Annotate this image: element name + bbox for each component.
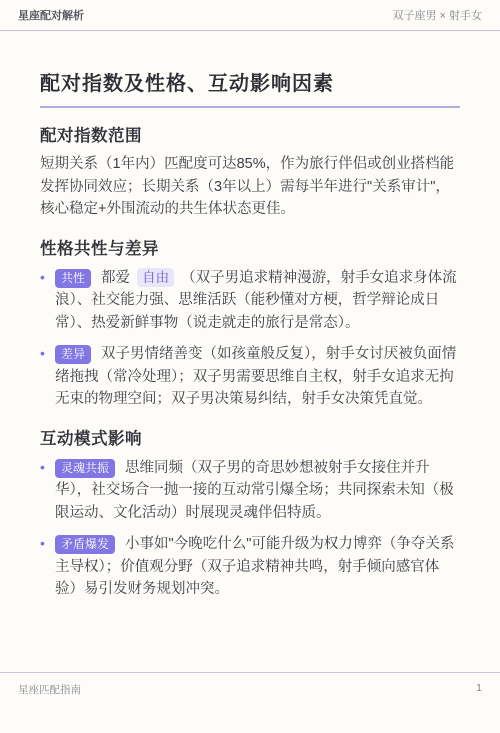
interaction-tag-resonance: 灵魂共振 bbox=[55, 459, 115, 478]
interaction-tag-conflict: 矛盾爆发 bbox=[55, 535, 115, 554]
header-pair-label: 双子座男 × 射手女 bbox=[392, 7, 482, 23]
interaction-bullet-list: • 灵魂共振 思维同频（双子男的奇思妙想被射手女接住并升华），社交场合一抛一接的… bbox=[40, 457, 460, 601]
traits-bullet-list: • 共性 都爱 自由 （双子男追求精神漫游，射手女追求身体流浪）、社交能力强、思… bbox=[40, 267, 460, 411]
bullet-lead-text: 都爱 bbox=[101, 270, 130, 286]
section-heading-interaction: 互动模式影响 bbox=[40, 428, 460, 450]
page-header: 星座配对解析 双子座男 × 射手女 bbox=[0, 0, 500, 31]
page-title: 配对指数及性格、互动影响因素 bbox=[40, 72, 460, 108]
list-item: • 共性 都爱 自由 （双子男追求精神漫游，射手女追求身体流浪）、社交能力强、思… bbox=[40, 267, 460, 335]
range-paragraph: 短期关系（1年内）匹配度可达85%，作为旅行伴侣或创业搭档能发挥协同效应；长期关… bbox=[40, 153, 460, 221]
document-page: 星座配对解析 双子座男 × 射手女 配对指数及性格、互动影响因素 配对指数范围 … bbox=[0, 0, 500, 733]
trait-tag-common: 共性 bbox=[55, 269, 91, 288]
header-app-title: 星座配对解析 bbox=[18, 7, 84, 23]
page-footer: 星座匹配指南 1 bbox=[0, 672, 500, 697]
highlight-tag-freedom: 自由 bbox=[137, 268, 174, 287]
trait-tag-difference: 差异 bbox=[55, 345, 91, 364]
section-heading-range: 配对指数范围 bbox=[40, 125, 460, 147]
list-item: • 矛盾爆发 小事如"今晚吃什么"可能升级为权力博弈（争夺关系主导权）；价值观分… bbox=[40, 533, 460, 601]
bullet-dot-icon: • bbox=[40, 342, 45, 365]
section-heading-traits: 性格共性与差异 bbox=[40, 238, 460, 260]
bullet-dot-icon: • bbox=[40, 266, 45, 289]
bullet-dot-icon: • bbox=[40, 532, 45, 555]
bullet-dot-icon: • bbox=[40, 456, 45, 479]
page-content: 配对指数及性格、互动影响因素 配对指数范围 短期关系（1年内）匹配度可达85%，… bbox=[0, 72, 500, 601]
footer-doc-title: 星座匹配指南 bbox=[18, 682, 81, 697]
list-item: • 差异 双子男情绪善变（如孩童般反复），射手女讨厌被负面情绪拖拽（常冷处理）；… bbox=[40, 343, 460, 411]
list-item: • 灵魂共振 思维同频（双子男的奇思妙想被射手女接住并升华），社交场合一抛一接的… bbox=[40, 457, 460, 525]
footer-page-number: 1 bbox=[476, 682, 482, 697]
bullet-text: 双子男情绪善变（如孩童般反复），射手女讨厌被负面情绪拖拽（常冷处理）；双子男需要… bbox=[55, 346, 456, 407]
